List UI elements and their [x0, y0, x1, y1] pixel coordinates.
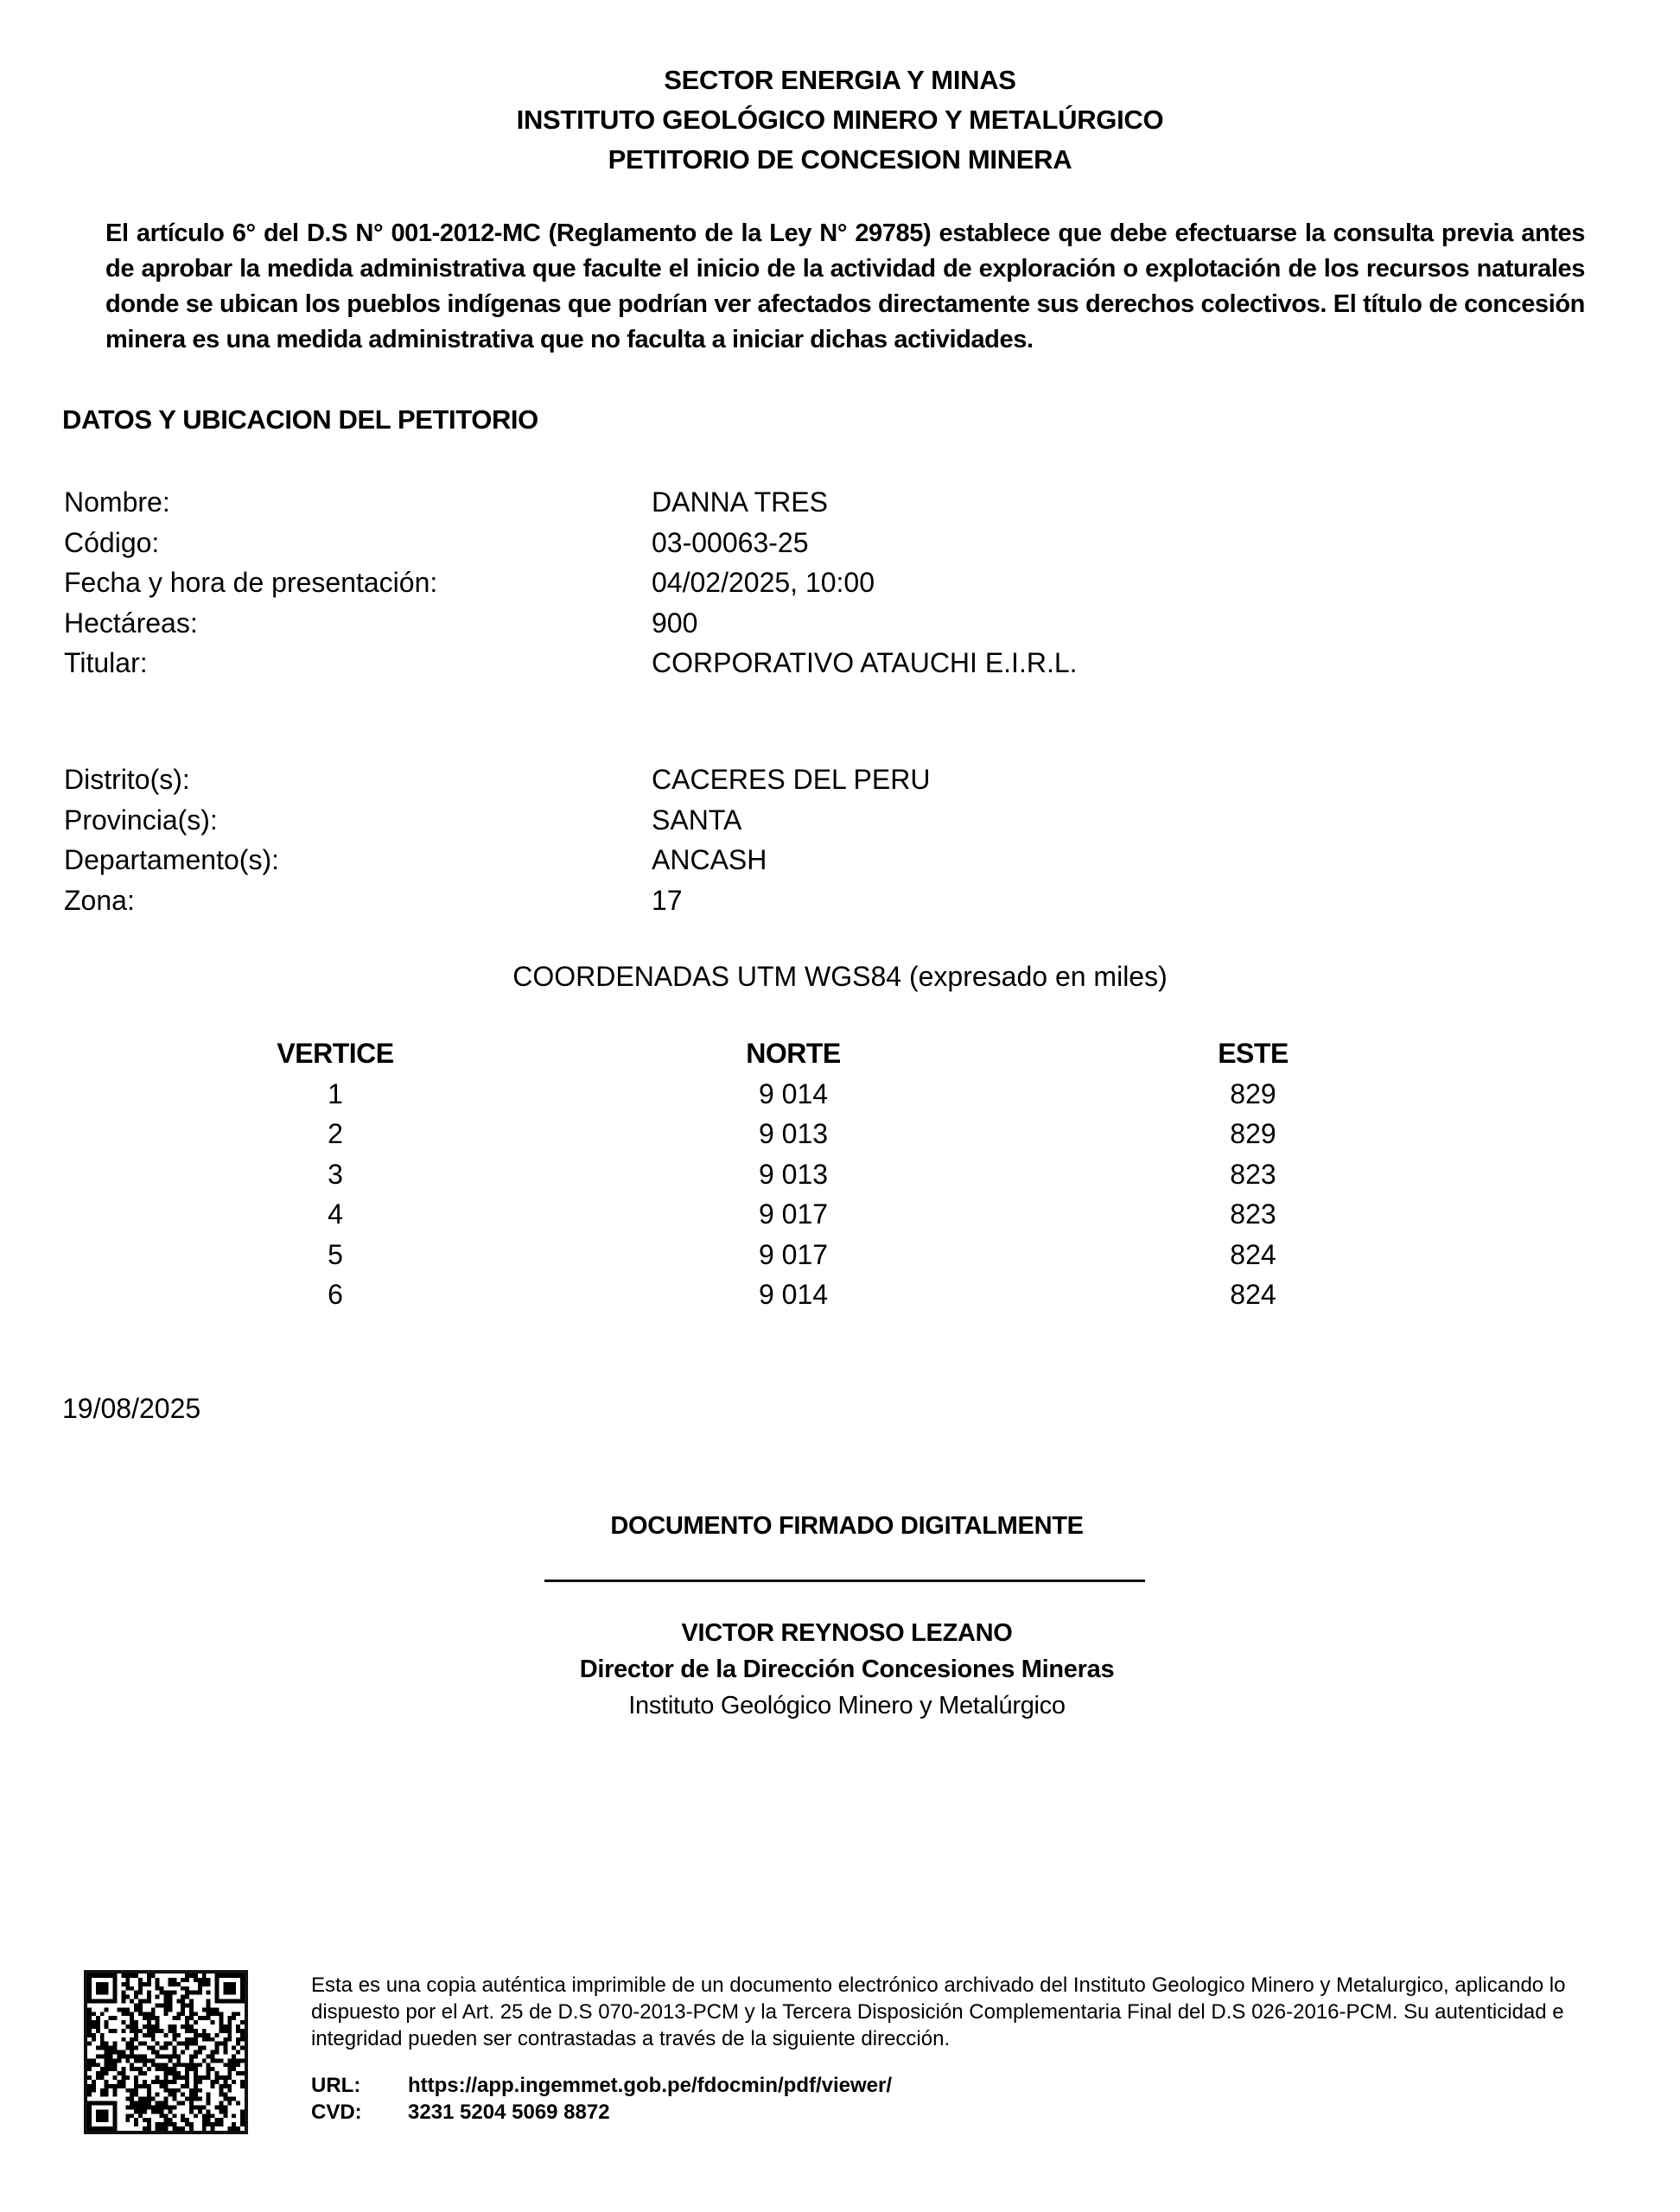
field-value: CACERES DEL PERU [652, 760, 930, 800]
cell-norte: 9 014 [690, 1274, 897, 1315]
qr-code-graphic [87, 1974, 245, 2131]
header-sector: SECTOR ENERGIA Y MINAS [0, 60, 1680, 100]
cell-norte: 9 013 [690, 1154, 897, 1195]
cell-este: 824 [1149, 1235, 1357, 1275]
table-row: 29 013829 [0, 1114, 1680, 1154]
field-codigo: Código: 03-00063-25 [64, 523, 1187, 563]
authenticity-notice: Esta es una copia auténtica imprimible d… [311, 1972, 1625, 2052]
cell-este: 824 [1149, 1274, 1357, 1315]
field-provincia: Provincia(s): SANTA [64, 800, 1187, 841]
field-label: Titular: [64, 643, 148, 683]
cell-norte: 9 013 [690, 1114, 897, 1154]
field-nombre: Nombre: DANNA TRES [64, 482, 1187, 523]
header-institute: INSTITUTO GEOLÓGICO MINERO Y METALÚRGICO [0, 100, 1680, 140]
field-fecha-presentacion: Fecha y hora de presentación: 04/02/2025… [64, 563, 1187, 603]
field-label: Código: [64, 523, 159, 563]
column-header-este: ESTE [1149, 1033, 1357, 1074]
cell-vertice: 3 [232, 1154, 439, 1195]
field-departamento: Departamento(s): ANCASH [64, 840, 1187, 880]
table-header: VERTICE NORTE ESTE [0, 1033, 1680, 1074]
petitorio-details: Nombre: DANNA TRES Código: 03-00063-25 F… [64, 482, 1187, 683]
signature-line [544, 1580, 1145, 1582]
field-value: 03-00063-25 [652, 523, 808, 563]
field-value: 900 [652, 603, 697, 644]
cvd-label: CVD: [311, 2099, 362, 2126]
table-row: 69 014824 [0, 1274, 1680, 1315]
cell-vertice: 5 [232, 1235, 439, 1275]
header-document-type: PETITORIO DE CONCESION MINERA [0, 140, 1680, 180]
field-titular: Titular: CORPORATIVO ATAUCHI E.I.R.L. [64, 643, 1187, 683]
cell-vertice: 2 [232, 1114, 439, 1154]
column-header-vertice: VERTICE [232, 1033, 439, 1074]
signer-institution: Instituto Geológico Minero y Metalúrgico [519, 1692, 1175, 1720]
cell-norte: 9 017 [690, 1235, 897, 1275]
cell-este: 829 [1149, 1114, 1357, 1154]
signature-title: DOCUMENTO FIRMADO DIGITALMENTE [519, 1512, 1175, 1541]
qr-code-icon [84, 1970, 248, 2134]
field-value: 04/02/2025, 10:00 [652, 563, 875, 603]
ubicacion-details: Distrito(s): CACERES DEL PERU Provincia(… [64, 760, 1187, 920]
field-value: ANCASH [652, 840, 767, 880]
coordinates-title: COORDENADAS UTM WGS84 (expresado en mile… [0, 961, 1680, 993]
url-label: URL: [311, 2072, 360, 2099]
cell-este: 829 [1149, 1074, 1357, 1115]
field-value: DANNA TRES [652, 482, 828, 523]
field-label: Nombre: [64, 482, 170, 523]
table-row: 19 014829 [0, 1074, 1680, 1115]
document-header: SECTOR ENERGIA Y MINAS INSTITUTO GEOLÓGI… [0, 60, 1680, 180]
cell-vertice: 4 [232, 1194, 439, 1235]
table-row: 39 013823 [0, 1154, 1680, 1195]
section-title: DATOS Y UBICACION DEL PETITORIO [62, 404, 538, 435]
cell-vertice: 1 [232, 1074, 439, 1115]
cell-vertice: 6 [232, 1274, 439, 1315]
field-label: Provincia(s): [64, 800, 218, 841]
table-body: 19 01482929 01382939 01382349 01782359 0… [0, 1074, 1680, 1315]
legal-notice-paragraph: El artículo 6° del D.S N° 001-2012-MC (R… [105, 216, 1585, 358]
verification-url-link[interactable]: https://app.ingemmet.gob.pe/fdocmin/pdf/… [408, 2072, 892, 2099]
table-row: 49 017823 [0, 1194, 1680, 1235]
cell-este: 823 [1149, 1194, 1357, 1235]
field-label: Zona: [64, 880, 135, 921]
field-label: Hectáreas: [64, 603, 198, 644]
table-row: 59 017824 [0, 1235, 1680, 1275]
column-header-norte: NORTE [690, 1033, 897, 1074]
field-value: CORPORATIVO ATAUCHI E.I.R.L. [652, 643, 1078, 683]
cell-norte: 9 017 [690, 1194, 897, 1235]
signer-role: Director de la Dirección Concesiones Min… [519, 1656, 1175, 1684]
field-value: SANTA [652, 800, 741, 841]
coordinates-table: VERTICE NORTE ESTE 19 01482929 01382939 … [0, 1033, 1680, 1315]
field-label: Fecha y hora de presentación: [64, 563, 437, 603]
field-zona: Zona: 17 [64, 880, 1187, 921]
field-distrito: Distrito(s): CACERES DEL PERU [64, 760, 1187, 800]
field-hectareas: Hectáreas: 900 [64, 603, 1187, 644]
cell-este: 823 [1149, 1154, 1357, 1195]
cvd-code: 3231 5204 5069 8872 [408, 2099, 610, 2126]
field-label: Distrito(s): [64, 760, 190, 800]
cell-norte: 9 014 [690, 1074, 897, 1115]
field-value: 17 [652, 880, 683, 921]
document-date: 19/08/2025 [62, 1393, 200, 1425]
field-label: Departamento(s): [64, 840, 279, 880]
signer-name: VICTOR REYNOSO LEZANO [519, 1619, 1175, 1648]
